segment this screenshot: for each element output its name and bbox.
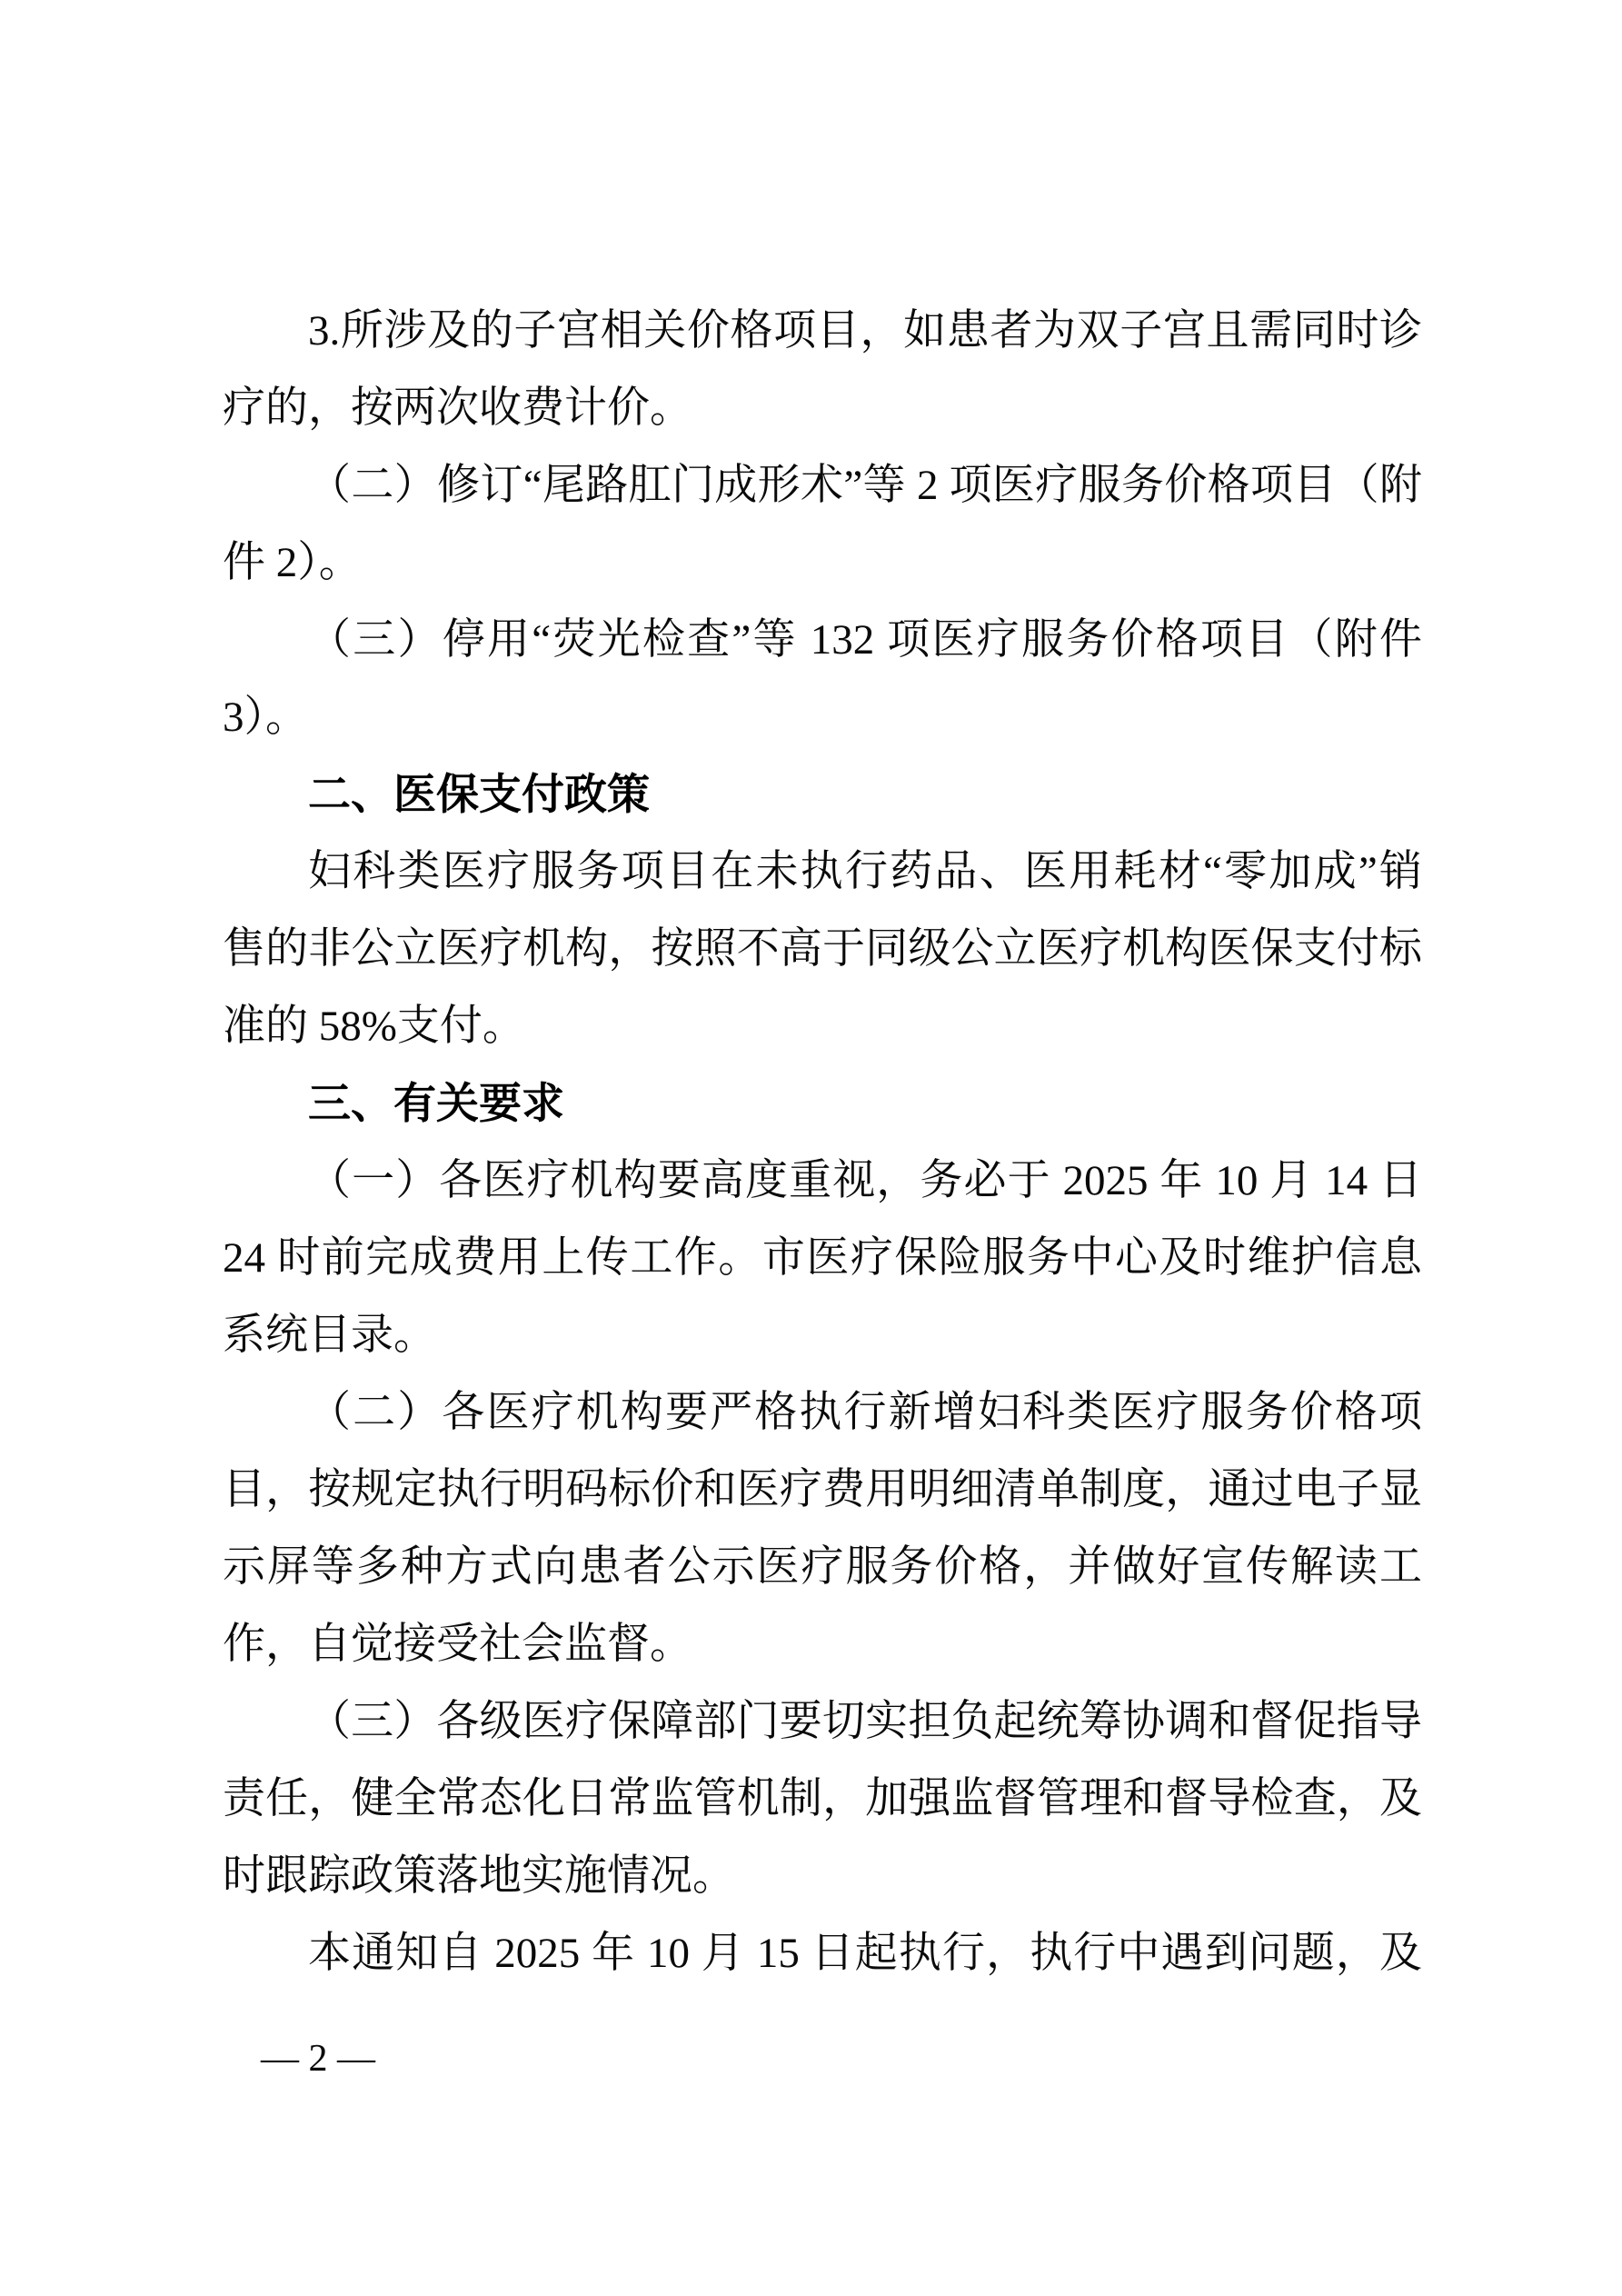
page-number: — 2 — — [261, 2036, 375, 2081]
document-line: （二）修订“尾路肛门成形术”等 2 项医疗服务价格项目（附 — [223, 458, 1422, 513]
document-line: （三）各级医疗保障部门要切实担负起统筹协调和督促指导 — [223, 1694, 1422, 1749]
document-line: 3.所涉及的子宫相关价格项目，如患者为双子宫且需同时诊 — [223, 304, 1422, 358]
document-line: 疗的，按两次收费计价。 — [223, 381, 1422, 435]
document-line: 责任，健全常态化日常监管机制，加强监督管理和督导检查，及 — [223, 1772, 1422, 1826]
document-line: 示屏等多种方式向患者公示医疗服务价格，并做好宣传解读工 — [223, 1540, 1422, 1594]
document-line: 件 2）。 — [223, 535, 1422, 590]
document-line: 作，自觉接受社会监督。 — [223, 1617, 1422, 1672]
document-line: 售的非公立医疗机构，按照不高于同级公立医疗机构医保支付标 — [223, 922, 1422, 976]
document-line: 系统目录。 — [223, 1308, 1422, 1363]
document-line: 时跟踪政策落地实施情况。 — [223, 1849, 1422, 1903]
document-page: 3.所涉及的子宫相关价格项目，如患者为双子宫且需同时诊 疗的，按两次收费计价。 … — [0, 0, 1622, 2296]
document-line: 目，按规定执行明码标价和医疗费用明细清单制度，通过电子显 — [223, 1462, 1422, 1517]
document-line: 妇科类医疗服务项目在未执行药品、医用耗材“零加成”销 — [223, 844, 1422, 899]
document-line: 准的 58%支付。 — [223, 999, 1422, 1053]
document-line: 3）。 — [223, 690, 1422, 744]
section-heading-medical-insurance-payment-policy: 二、医保支付政策 — [223, 767, 1422, 822]
document-line: （一）各医疗机构要高度重视，务必于 2025 年 10 月 14 日 — [223, 1153, 1422, 1208]
document-line: 本通知自 2025 年 10 月 15 日起执行，执行中遇到问题，及 — [223, 1926, 1422, 1981]
section-heading-related-requirements: 三、有关要求 — [223, 1076, 1422, 1131]
document-line: 24 时前完成费用上传工作。市医疗保险服务中心及时维护信息 — [223, 1231, 1422, 1285]
document-line: （二）各医疗机构要严格执行新增妇科类医疗服务价格项 — [223, 1385, 1422, 1440]
document-line: （三）停用“荧光检查”等 132 项医疗服务价格项目（附件 — [223, 613, 1422, 667]
